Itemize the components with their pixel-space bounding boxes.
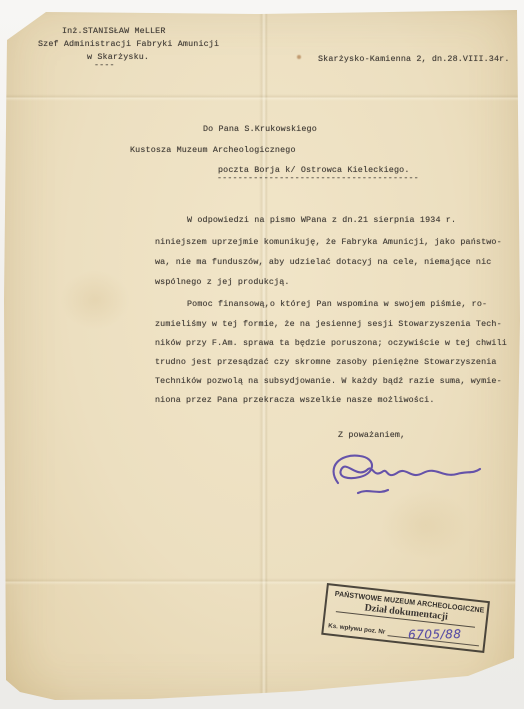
body-line: niniejszem uprzejmie komunikuję, że Fabr… bbox=[155, 237, 502, 247]
closing-salutation: Z poważaniem, bbox=[338, 430, 405, 440]
body-line: Techników pozwolą na subsydjowanie. W ka… bbox=[155, 376, 502, 386]
body-line: Pomoc finansową,o której Pan wspomina w … bbox=[187, 299, 487, 309]
foxing-stain bbox=[60, 270, 130, 330]
body-line: trudno jest przesądzać czy skromne zasob… bbox=[155, 357, 497, 367]
horizontal-fold-crease-bottom bbox=[4, 578, 520, 585]
handwritten-signature bbox=[320, 447, 490, 507]
vertical-fold-crease bbox=[259, 12, 268, 699]
stamp-register-label: Ks. wpływu poz. Nr bbox=[328, 622, 386, 635]
ink-spot bbox=[297, 55, 301, 59]
sender-name: Inż.STANISŁAW MeLLER bbox=[62, 26, 166, 36]
sender-underline: ---- bbox=[94, 60, 115, 70]
body-line: ników przy F.Am. sprawa ta będzie porusz… bbox=[155, 338, 507, 348]
body-line: W odpowiedzi na pismo WPana z dn.21 sier… bbox=[187, 215, 456, 225]
sender-title: Szef Administracji Fabryki Amunicji bbox=[38, 39, 219, 49]
body-line: wa, nie ma funduszów, aby udzielać dotac… bbox=[155, 257, 491, 267]
body-line: zumieliśmy w tej formie, że na jesiennej… bbox=[155, 319, 502, 329]
recipient-name: Do Pana S.Krukowskiego bbox=[203, 124, 317, 134]
dateline: Skarżysko-Kamienna 2, dn.28.VIII.34r. bbox=[318, 54, 510, 64]
recipient-title: Kustosza Muzeum Archeologicznego bbox=[130, 145, 296, 155]
rust-stain bbox=[498, 663, 514, 674]
recipient-underline: --------------------------------------- bbox=[217, 173, 419, 183]
body-line: wspólnego z jej produkcją. bbox=[155, 277, 290, 287]
museum-stamp: PAŃSTWOWE MUZEUM ARCHEOLOGICZNE Dział do… bbox=[321, 583, 490, 653]
horizontal-fold-crease-top bbox=[4, 94, 520, 101]
letter-paper: Inż.STANISŁAW MeLLER Szef Administracji … bbox=[0, 0, 524, 709]
stamp-register-number: 6705/88 bbox=[408, 627, 462, 642]
body-line: niona przez Pana przekracza wszelkie nas… bbox=[155, 395, 435, 405]
scanned-letter-page: Inż.STANISŁAW MeLLER Szef Administracji … bbox=[0, 0, 524, 709]
